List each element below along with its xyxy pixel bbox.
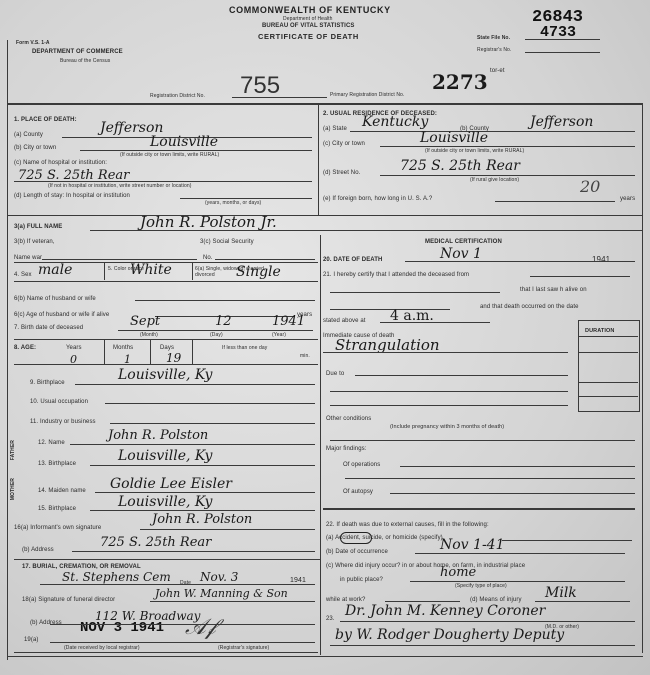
due-to-label: Due to	[326, 371, 344, 377]
undertaker-value: John W. Manning & Son	[155, 587, 288, 600]
field-line	[110, 423, 315, 424]
field-line	[530, 276, 630, 277]
field-line	[118, 330, 313, 331]
field-line	[355, 375, 568, 376]
sex-value: male	[38, 262, 72, 278]
major-findings-label: Major findings:	[326, 446, 367, 452]
field-line	[70, 444, 315, 445]
informant-address-label: (b) Address	[22, 547, 54, 553]
field-line	[135, 300, 315, 301]
res-county-value: Jefferson	[530, 114, 593, 130]
foreign-label: (e) If foreign born, how long in U. S. A…	[323, 196, 432, 202]
res-street-value: 725 S. 25th Rear	[400, 158, 520, 174]
field-line	[80, 150, 312, 151]
occurrence-label: (b) Date of occurrence	[326, 549, 388, 555]
means-value: Milk	[545, 585, 577, 601]
field-line	[95, 492, 315, 493]
res-street-note: (If rural give location)	[470, 177, 519, 183]
death-year: 1941	[592, 255, 610, 264]
dept-health-label: Department of Health	[283, 16, 333, 22]
certify-label: 21. I hereby certify that I attended the…	[323, 272, 469, 278]
field-line	[350, 131, 635, 132]
field-line	[50, 624, 315, 625]
field-line	[42, 259, 197, 260]
field-line	[140, 529, 315, 530]
city-label: (b) City or town	[14, 145, 56, 151]
years-label: Years	[66, 345, 82, 351]
spouse-label: 6(b) Name of husband or wife	[14, 296, 96, 302]
year-caption: (Year)	[272, 332, 286, 338]
field-line	[410, 581, 625, 582]
divider	[150, 340, 151, 364]
divider	[232, 97, 327, 98]
received-stamp: NOV 3 1941	[80, 620, 164, 636]
field-line	[380, 146, 635, 147]
frame-right	[642, 103, 643, 653]
stay-note: (years, months, or days)	[205, 200, 261, 206]
divider	[14, 559, 320, 560]
divider	[14, 281, 318, 282]
public-place-label: in public place?	[340, 577, 383, 583]
where-label: (c) Where did injury occur? in or about …	[326, 563, 525, 569]
mother-birthplace-label: 15. Birthplace	[38, 506, 76, 512]
margin-mark: 20	[580, 177, 600, 196]
county-label: (a) County	[14, 132, 43, 138]
city-value: Louisville	[150, 134, 218, 150]
frame-bottom	[7, 656, 643, 657]
registrar-caption: (Registrar's signature)	[218, 645, 269, 651]
divider	[525, 39, 600, 40]
field-line	[380, 175, 635, 176]
field-line	[90, 510, 315, 511]
deputy-signature: by W. Rodger Dougherty Deputy	[335, 627, 564, 643]
death-occurred-text: and that death occurred on the date	[480, 304, 579, 310]
divider	[192, 340, 193, 364]
registration-district-label: Registration District No.	[150, 93, 205, 99]
field-line	[502, 540, 632, 541]
months-label: Months	[113, 345, 133, 351]
mother-name-label: 14. Maiden name	[38, 488, 86, 494]
color-value: White	[130, 262, 172, 278]
city-note: (If outside city or town limits, write R…	[120, 152, 219, 158]
occurrence-value: Nov 1-41	[440, 537, 505, 553]
occupation-label: 10. Usual occupation	[30, 399, 88, 405]
frame-top	[8, 103, 642, 105]
field-line	[323, 352, 568, 353]
res-state-label: (a) State	[323, 126, 347, 132]
res-state-value: Kentucky	[362, 114, 428, 130]
stated-above-label: stated above at	[323, 318, 366, 324]
undertaker-label: 18(a) Signature of funeral director	[22, 597, 115, 603]
duration-label: DURATION	[585, 328, 614, 334]
accident-circle	[340, 532, 372, 544]
divider	[323, 508, 635, 510]
burial-date: Nov. 3	[200, 570, 238, 584]
field-line	[330, 292, 500, 293]
mother-side-label: MOTHER	[10, 478, 16, 500]
birth-date-label: 7. Birth date of deceased	[14, 325, 83, 331]
sex-label: 4. Sex	[14, 272, 32, 278]
field-line	[330, 405, 568, 406]
burial-date-label: Date	[180, 580, 191, 586]
father-birthplace-label: 13. Birthplace	[38, 461, 76, 467]
birthplace-label: 9. Birthplace	[30, 380, 65, 386]
marginal-note: tor-et	[490, 68, 505, 74]
field-line	[75, 384, 315, 385]
state-file-label: State File No.	[477, 35, 510, 41]
field-line	[400, 466, 635, 467]
field-line	[72, 551, 315, 552]
marital-value: Single	[236, 264, 281, 280]
birth-month: Sept	[130, 314, 160, 329]
war-label: Name war	[14, 255, 42, 261]
department-label: DEPARTMENT OF COMMERCE	[32, 49, 123, 55]
undertaker-address-label: (b) Address	[30, 620, 62, 626]
birth-day: 12	[215, 314, 232, 329]
res-city-note: (If outside city or town limits, write R…	[425, 148, 524, 154]
divider	[578, 336, 638, 337]
hospital-note: (If not in hospital or institution, writ…	[48, 183, 192, 189]
registration-district-value: 755	[240, 72, 280, 100]
res-street-label: (d) Street No.	[323, 170, 360, 176]
received-caption: (Date received by local registrar)	[64, 645, 140, 651]
divider	[104, 262, 105, 280]
field-line	[330, 645, 635, 646]
date-of-death-value: Nov 1	[440, 246, 482, 262]
field-line	[385, 601, 460, 602]
divider	[104, 340, 105, 364]
field-line	[340, 621, 635, 622]
mother-name-value: Goldie Lee Eisler	[110, 476, 232, 492]
place-of-death-heading: 1. PLACE OF DEATH:	[14, 117, 77, 123]
less-than-day-label: If less than one day	[222, 345, 267, 351]
received-label: 19(a)	[24, 637, 39, 643]
burial-place: St. Stephens Cem	[62, 570, 171, 584]
father-name-label: 12. Name	[38, 440, 65, 446]
field-line	[90, 230, 642, 231]
divider	[14, 339, 318, 340]
divider	[14, 364, 318, 365]
section-divider	[320, 235, 321, 655]
primary-district-value: 2273	[432, 70, 488, 94]
pregnancy-note: (Include pregnancy within 3 months of de…	[390, 424, 504, 430]
father-birthplace-value: Louisville, Ky	[118, 448, 212, 464]
autopsy-label: Of autopsy	[343, 489, 373, 495]
medical-heading: MEDICAL CERTIFICATION	[425, 239, 502, 245]
full-name-value: John R. Polston Jr.	[140, 213, 277, 231]
field-line	[345, 478, 635, 479]
ss-no-label: No.	[203, 255, 213, 261]
field-line	[415, 553, 625, 554]
field-line	[390, 493, 635, 494]
place-caption: (Specify type of place)	[455, 583, 507, 589]
field-line	[215, 259, 315, 260]
day-caption: (Day)	[210, 332, 223, 338]
certificate-title: CERTIFICATE OF DEATH	[258, 32, 359, 41]
min-label: min.	[300, 353, 310, 359]
field-line	[180, 198, 312, 199]
informant-address-value: 725 S. 25th Rear	[100, 535, 211, 550]
field-line	[405, 261, 635, 262]
field-line	[50, 642, 315, 643]
foreign-suffix: years	[620, 196, 635, 202]
divider	[578, 352, 638, 353]
operations-label: Of operations	[343, 462, 380, 468]
divider	[578, 396, 638, 397]
veteran-label: 3(b) If veteran,	[14, 239, 55, 245]
month-caption: (Month)	[140, 332, 158, 338]
informant-value: John R. Polston	[152, 512, 252, 527]
father-side-label: FATHER	[10, 440, 16, 460]
age-days: 19	[166, 351, 181, 365]
death-certificate: Form V.S. 1-A DEPARTMENT OF COMMERCE Bur…	[0, 0, 650, 675]
external-causes-label: 22. If death was due to external causes,…	[326, 522, 489, 528]
other-conditions-label: Other conditions	[326, 416, 371, 422]
res-city-value: Louisville	[420, 130, 488, 146]
registrar-signature: 𝒜𝒻	[185, 615, 216, 640]
divider	[14, 652, 318, 653]
field-line	[105, 403, 315, 404]
last-saw-text: that I last saw h alive on	[520, 287, 587, 293]
industry-label: 11. Industry or business	[30, 419, 96, 425]
field-line	[330, 440, 635, 441]
field-line	[14, 181, 312, 182]
divider	[525, 52, 600, 53]
frame-left	[7, 40, 8, 660]
divider	[8, 215, 642, 216]
res-city-label: (c) City or town	[323, 141, 365, 147]
mother-birthplace-value: Louisville, Ky	[118, 494, 212, 510]
informant-label: 16(a) Informant's own signature	[14, 525, 101, 531]
bureau-label: Bureau of the Census	[60, 58, 110, 64]
birth-year: 1941	[272, 314, 305, 329]
divider	[578, 382, 638, 383]
physician-signature: Dr. John M. Kenney Coroner	[345, 603, 545, 619]
document-title: COMMONWEALTH OF KENTUCKY	[229, 5, 391, 15]
where-value: home	[440, 565, 476, 580]
full-name-label: 3(a) FULL NAME	[14, 224, 62, 230]
registrar-number-label: Registrar's No.	[477, 47, 511, 53]
bureau-vital-label: BUREAU OF VITAL STATISTICS	[262, 23, 355, 29]
primary-district-label: Primary Registration District No.	[330, 92, 404, 98]
stay-label: (d) Length of stay: In hospital or insti…	[14, 193, 130, 199]
field-line	[150, 601, 315, 602]
field-line	[380, 322, 490, 323]
social-security-label: 3(c) Social Security	[200, 239, 254, 245]
field-line	[495, 201, 615, 202]
field-line	[40, 584, 315, 585]
section-divider	[318, 105, 319, 215]
signature-number: 23.	[326, 616, 335, 622]
age-label: 8. AGE:	[14, 345, 36, 351]
spouse-age-label: 6(c) Age of husband or wife if alive	[14, 312, 109, 318]
birthplace-value: Louisville, Ky	[118, 367, 212, 383]
field-line	[535, 601, 630, 602]
divider	[192, 262, 193, 280]
field-line	[90, 465, 315, 466]
burial-year: 1941	[290, 577, 306, 584]
hospital-label: (c) Name of hospital or institution:	[14, 160, 107, 166]
field-line	[330, 391, 568, 392]
father-name-value: John R. Polston	[108, 428, 208, 443]
form-number: Form V.S. 1-A	[16, 40, 50, 46]
date-of-death-label: 20. DATE OF DEATH	[323, 257, 382, 263]
